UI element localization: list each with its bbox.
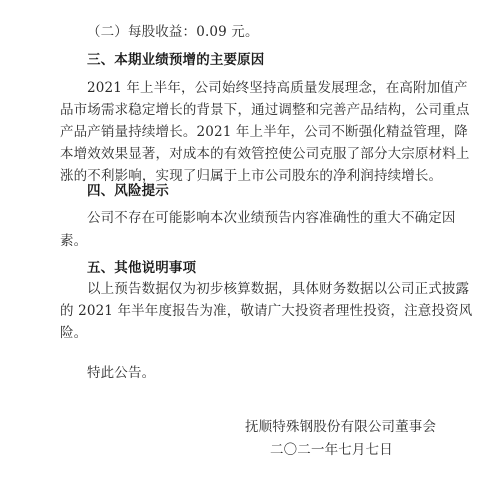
announcement-page: （二）每股收益：0.09 元。 三、本期业绩预增的主要原因 2021 年上半年，… <box>0 0 500 497</box>
eps-line: （二）每股收益：0.09 元。 <box>87 22 259 42</box>
section3-heading: 三、本期业绩预增的主要原因 <box>87 50 264 70</box>
section5-line: 险。 <box>60 323 87 343</box>
signature-company: 抚顺特殊钢股份有限公司董事会 <box>245 417 436 437</box>
section5-heading: 五、其他说明事项 <box>87 258 196 278</box>
section3-line: 品市场需求稳定增长的背景下，通过调整和完善产品结构，公司重点 <box>60 100 470 120</box>
signature-date: 二〇二一年七月七日 <box>270 440 393 460</box>
section5-line: 以上预告数据仅为初步核算数据，具体财务数据以公司正式披露 <box>87 279 469 299</box>
closing-text: 特此公告。 <box>87 363 155 383</box>
section3-line: 本增效效果显著，对成本的有效管控使公司克服了部分大宗原材料上 <box>60 144 470 164</box>
section4-line: 公司不存在可能影响本次业绩预告内容准确性的重大不确定因 <box>87 208 456 228</box>
section4-heading: 四、风险提示 <box>87 181 169 201</box>
section3-line: 产品产销量持续增长。2021 年上半年，公司不断强化精益管理，降 <box>60 122 468 142</box>
section3-line: 2021 年上半年，公司始终坚持高质量发展理念，在高附加值产 <box>87 78 468 98</box>
section5-line: 的 2021 年半年度报告为准，敬请广大投资者理性投资，注意投资风 <box>60 301 472 321</box>
section4-line: 素。 <box>60 231 87 251</box>
